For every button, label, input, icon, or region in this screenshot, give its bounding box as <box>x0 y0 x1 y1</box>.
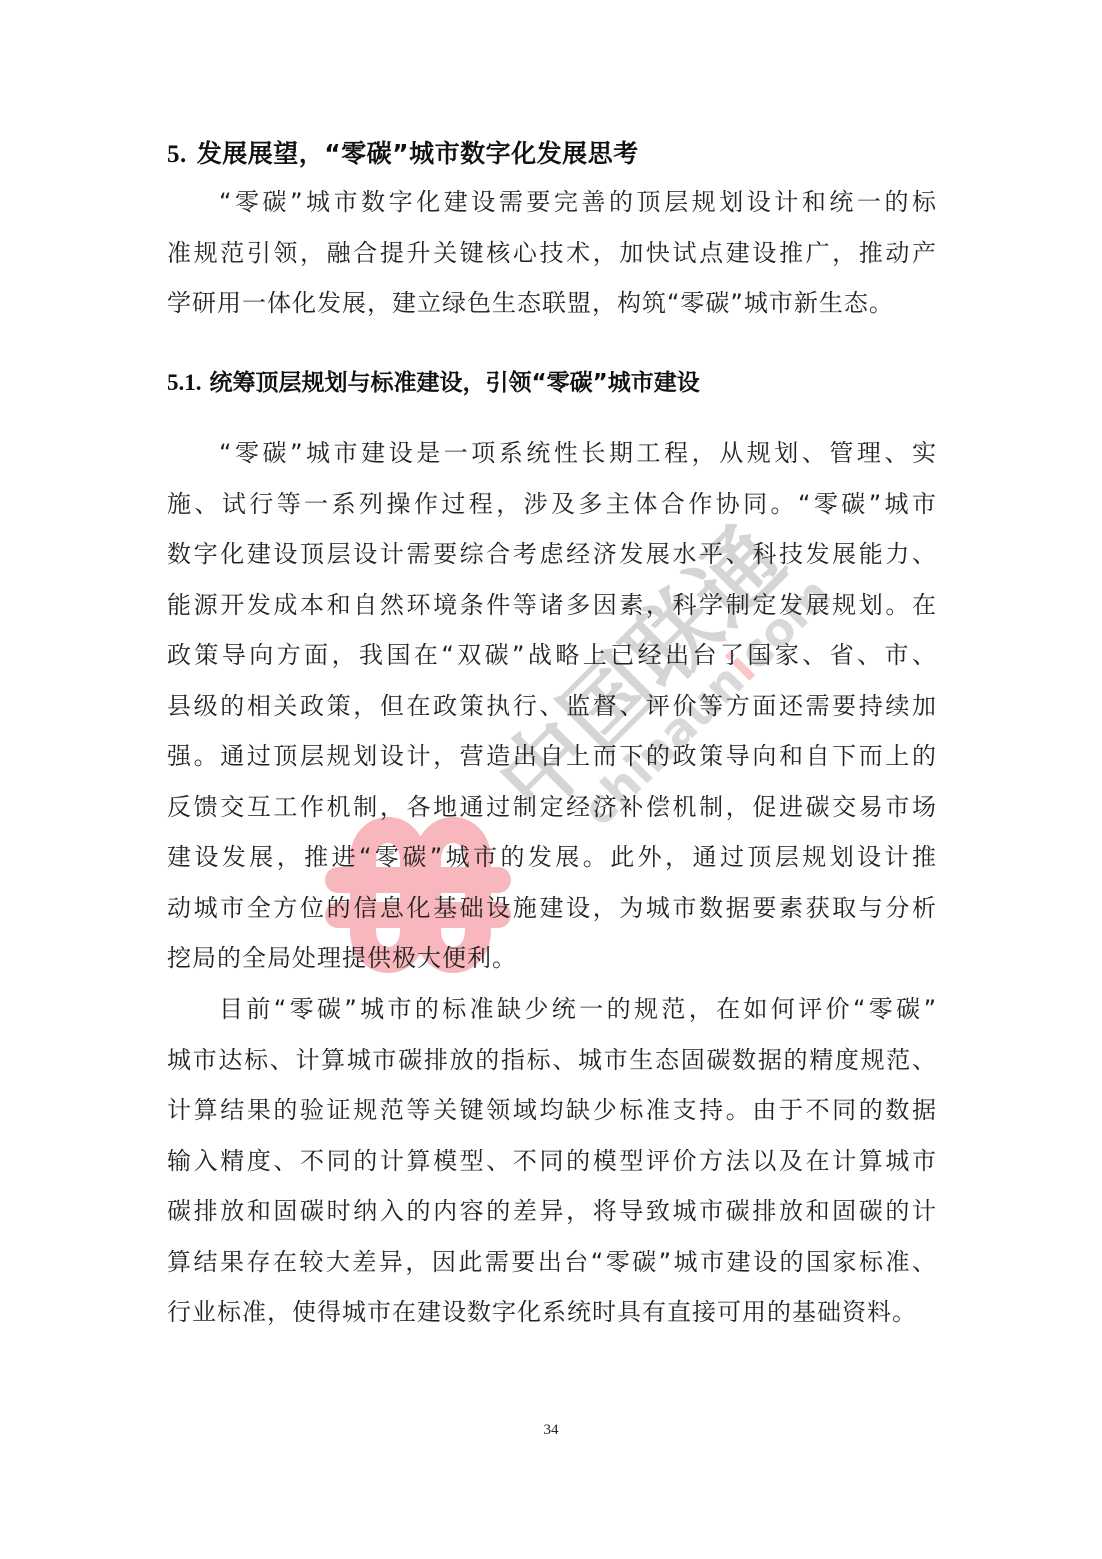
text-line: 强。通过顶层规划设计，营造出自上而下的政策导向和自下而上的 <box>167 731 937 782</box>
section-heading: 5.发展展望，“零碳”城市数字化发展思考 <box>167 134 639 170</box>
section-intro-paragraph: “零碳”城市数字化建设需要完善的顶层规划设计和统一的标 准规范引领，融合提升关键… <box>167 177 937 329</box>
text-line: 算结果存在较大差异，因此需要出台“零碳”城市建设的国家标准、 <box>167 1237 937 1288</box>
text-line: 行业标准，使得城市在建设数字化系统时具有直接可用的基础资料。 <box>167 1287 937 1338</box>
text-line: 城市达标、计算城市碳排放的指标、城市生态固碳数据的精度规范、 <box>167 1035 937 1086</box>
text-line: 县级的相关政策，但在政策执行、监督、评价等方面还需要持续加 <box>167 681 937 732</box>
section-number: 5. <box>167 141 187 168</box>
text-line: 数字化建设顶层设计需要综合考虑经济发展水平、科技发展能力、 <box>167 529 937 580</box>
text-line: 能源开发成本和自然环境条件等诸多因素，科学制定发展规划。在 <box>167 580 937 631</box>
text-line: 计算结果的验证规范等关键领域均缺少标准支持。由于不同的数据 <box>167 1085 937 1136</box>
section-title: 发展展望，“零碳”城市数字化发展思考 <box>197 139 639 168</box>
text-line: 动城市全方位的信息化基础设施建设，为城市数据要素获取与分析 <box>167 883 937 934</box>
text-line: 施、试行等一系列操作过程，涉及多主体合作协同。“零碳”城市 <box>167 479 937 530</box>
text-line: 目前“零碳”城市的标准缺少统一的规范，在如何评价“零碳” <box>167 984 937 1035</box>
body-paragraph-1: “零碳”城市建设是一项系统性长期工程，从规划、管理、实 施、试行等一系列操作过程… <box>167 428 937 984</box>
body-paragraph-2: 目前“零碳”城市的标准缺少统一的规范，在如何评价“零碳” 城市达标、计算城市碳排… <box>167 984 937 1338</box>
subsection-number: 5.1. <box>167 370 202 395</box>
text-line: 准规范引领，融合提升关键核心技术，加快试点建设推广，推动产 <box>167 228 937 279</box>
text-line: 反馈交互工作机制，各地通过制定经济补偿机制，促进碳交易市场 <box>167 782 937 833</box>
subsection-title: 统筹顶层规划与标准建设，引领“零碳”城市建设 <box>210 370 700 396</box>
text-line: “零碳”城市建设是一项系统性长期工程，从规划、管理、实 <box>167 428 937 479</box>
text-line: 学研用一体化发展，建立绿色生态联盟，构筑“零碳”城市新生态。 <box>167 278 937 329</box>
text-line: 挖局的全局处理提供极大便利。 <box>167 933 937 984</box>
page-number: 34 <box>0 1422 1102 1439</box>
subsection-heading: 5.1.统筹顶层规划与标准建设，引领“零碳”城市建设 <box>167 364 700 397</box>
document-page: 中国联通 chinaunicom 5.发展展望，“零碳”城市数字化发展思考 “零… <box>0 0 1102 1559</box>
text-line: 政策导向方面，我国在“双碳”战略上已经出台了国家、省、市、 <box>167 630 937 681</box>
text-line: 建设发展，推进“零碳”城市的发展。此外，通过顶层规划设计推 <box>167 832 937 883</box>
text-line: 输入精度、不同的计算模型、不同的模型评价方法以及在计算城市 <box>167 1136 937 1187</box>
text-line: “零碳”城市数字化建设需要完善的顶层规划设计和统一的标 <box>167 177 937 228</box>
text-line: 碳排放和固碳时纳入的内容的差异，将导致城市碳排放和固碳的计 <box>167 1186 937 1237</box>
